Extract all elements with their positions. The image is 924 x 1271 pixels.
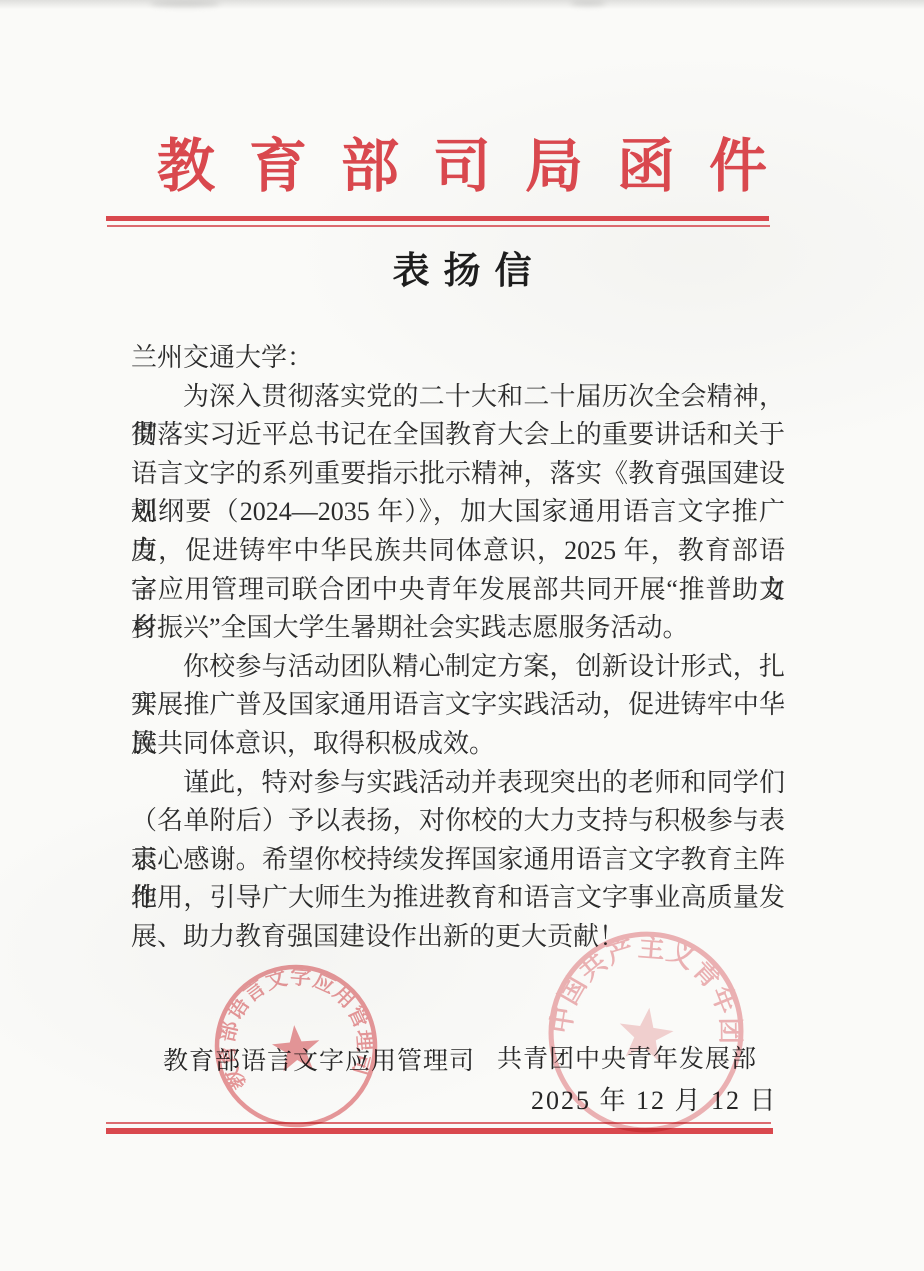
body-line: 开展推广普及国家通用语言文字实践活动，促进铸牢中华民 — [131, 686, 785, 725]
body-line: 衷心感谢。希望你校持续发挥国家通用语言文字教育主阵地 — [131, 841, 785, 880]
letterhead-rule-thin — [107, 225, 770, 227]
body-paragraph-lines: 为深入贯彻落实党的二十大和二十届历次全会精神，贯彻落实习近平总书记在全国教育大会… — [131, 378, 785, 957]
salutation: 兰州交通大学： — [131, 339, 785, 378]
body-line: 划纲要（2024—2035 年）》，加大国家通用语言文字推广力 — [131, 493, 785, 532]
footer-rule-thin — [106, 1122, 771, 1124]
signature-right-org: 共青团中央青年发展部 — [497, 1039, 757, 1075]
letterhead-rule-thick — [106, 216, 769, 221]
body-line: 度，促进铸牢中华民族共同体意识，2025 年，教育部语言文 — [131, 532, 785, 571]
scan-artifact — [150, 0, 220, 7]
body-line: 族共同体意识，取得积极成效。 — [131, 725, 785, 764]
letter-body: 兰州交通大学： 为深入贯彻落实党的二十大和二十届历次全会精神，贯彻落实习近平总书… — [131, 339, 785, 957]
document-title: 表扬信 — [0, 250, 924, 294]
body-line: 谨此，特对参与实践活动并表现突出的老师和同学们 — [131, 764, 785, 803]
body-line: 语言文字的系列重要指示批示精神，落实《教育强国建设规 — [131, 455, 785, 494]
signature-left-org: 教育部语言文字应用管理司 — [163, 1041, 475, 1077]
body-line: 村振兴”全国大学生暑期社会实践志愿服务活动。 — [131, 609, 785, 648]
body-line: 字应用管理司联合团中央青年发展部共同开展“推普助力乡 — [131, 571, 785, 610]
footer-rule-thick — [106, 1128, 773, 1134]
scan-artifact — [570, 0, 606, 6]
scan-edge-shadow — [0, 0, 924, 9]
body-line: 作用，引导广大师生为推进教育和语言文字事业高质量发 — [131, 879, 785, 918]
letterhead-title: 教育部司局函件 — [0, 136, 924, 198]
signature-date: 2025 年 12 月 12 日 — [531, 1080, 778, 1117]
body-line: 展、助力教育强国建设作出新的更大贡献！ — [131, 918, 785, 957]
scanned-letter-page: 教育部司局函件 表扬信 兰州交通大学： 为深入贯彻落实党的二十大和二十届历次全会… — [0, 0, 924, 1271]
body-line: （名单附后）予以表扬，对你校的大力支持与积极参与表示 — [131, 802, 785, 841]
body-line: 彻落实习近平总书记在全国教育大会上的重要讲话和关于 — [131, 416, 785, 455]
body-line: 为深入贯彻落实党的二十大和二十届历次全会精神，贯 — [131, 378, 785, 417]
body-line: 你校参与活动团队精心制定方案，创新设计形式，扎实 — [131, 648, 785, 687]
